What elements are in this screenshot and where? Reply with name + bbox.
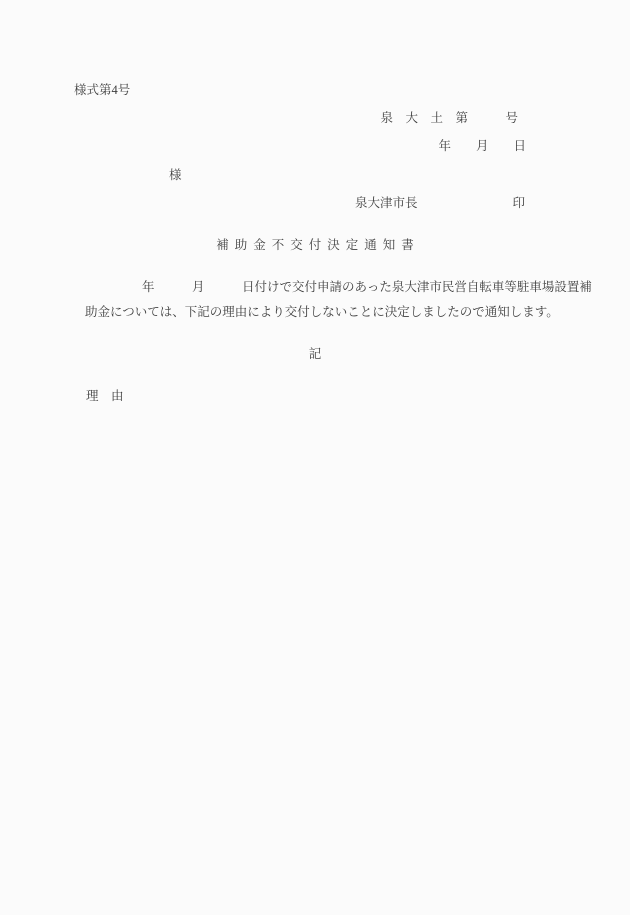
addressee-honorific: 様	[169, 168, 182, 182]
document-page: 様式第4号 泉 大 土 第 号 年 月 日 様 泉大津市長 印 補助金不交付決定…	[0, 0, 630, 915]
seal-placeholder: 印	[512, 196, 525, 210]
body-text-line-2: 助金については、下記の理由により交付しないことに決定しましたので通知します。	[85, 305, 559, 319]
sender-row: 泉大津市長 印	[355, 196, 525, 210]
sender-name: 泉大津市長	[355, 196, 418, 210]
reason-label: 理 由	[86, 389, 124, 403]
reference-number-line: 泉 大 土 第 号	[380, 111, 518, 125]
record-heading: 記	[0, 347, 630, 361]
date-line: 年 月 日	[438, 139, 526, 153]
document-title: 補助金不交付決定通知書	[0, 238, 630, 252]
body-text-line-1: 年 月 日付けで交付申請のあった泉大津市民営自転車等駐車場設置補	[142, 280, 592, 294]
form-number-label: 様式第4号	[74, 83, 130, 97]
